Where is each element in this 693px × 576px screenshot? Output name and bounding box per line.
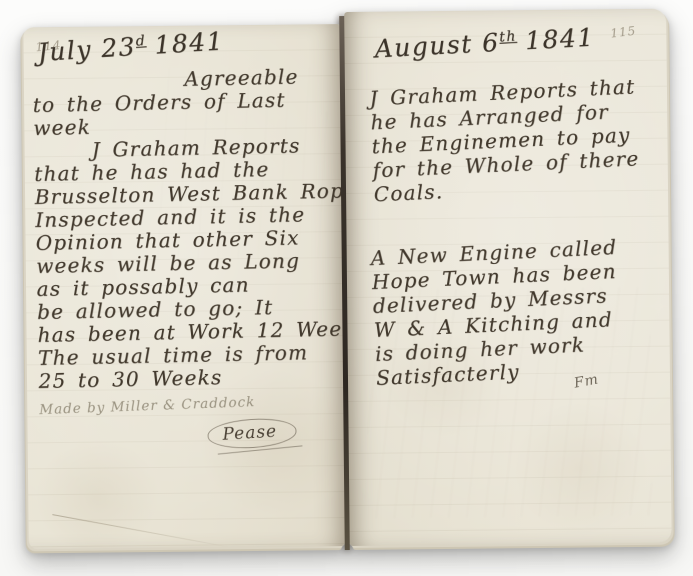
date-heading-right: August 6th1841 [374, 23, 596, 64]
date-ordinal: th [499, 28, 517, 45]
date-day: July 23 [37, 32, 137, 67]
page-crease [52, 514, 229, 547]
open-journal: 114 July 23d1841 Agreeable to the Orders… [23, 9, 673, 560]
page-number-right: 115 [610, 24, 637, 41]
date-ordinal: d [135, 33, 146, 50]
left-page: 114 July 23d1841 Agreeable to the Orders… [23, 24, 344, 549]
date-heading-left: July 23d1841 [37, 26, 225, 67]
manuscript-line: 25 to 30 Weeks [38, 363, 344, 393]
pencil-note: Made by Miller & Craddock [39, 394, 256, 418]
manuscript-line: Agreeable [184, 64, 345, 91]
clerk-initials: Fm [573, 371, 601, 391]
left-page-text: Agreeable to the Orders of Last week J G… [32, 64, 345, 393]
date-year: 1841 [524, 23, 595, 56]
right-page: 115 August 6th1841 J Graham Reports that… [344, 9, 672, 546]
right-page-paragraph-1: J Graham Reports that he has Arranged fo… [369, 74, 641, 206]
signature: Pease [207, 416, 297, 451]
photo-background: 114 July 23d1841 Agreeable to the Orders… [0, 0, 693, 576]
right-page-paragraph-2: A New Engine called Hope Town has been d… [370, 235, 623, 390]
date-day: August 6 [374, 28, 500, 64]
date-year: 1841 [154, 26, 225, 59]
